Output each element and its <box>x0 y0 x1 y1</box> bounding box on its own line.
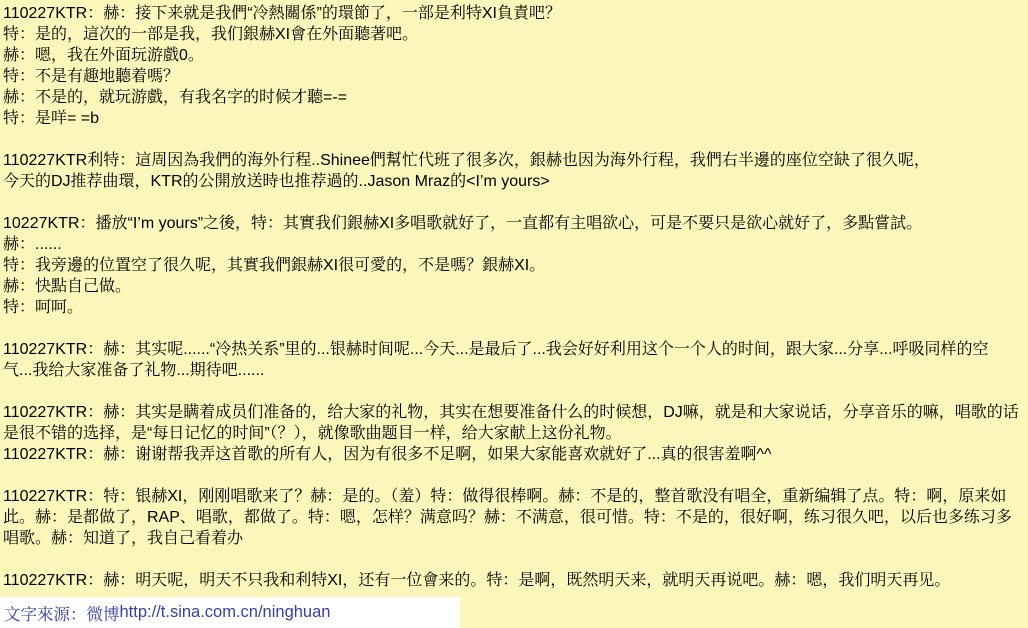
transcript-line: 此。赫：是都做了，RAP、唱歌，都做了。特：嗯，怎样？满意吗？赫：不满意，很可惜… <box>3 507 1027 528</box>
transcript-line: 今天的DJ推荐曲環，KTR的公開放送時也推荐過的..Jason Mraz的<I’… <box>3 171 1027 192</box>
transcript-line: 赫：...... <box>3 234 1027 255</box>
transcript-blank-line <box>3 549 1027 570</box>
transcript-line: 赫：嗯，我在外面玩游戲0。 <box>3 45 1027 66</box>
transcript-line: 110227KTR：赫：明天呢，明天不只我和利特XI，还有一位會来的。特：是啊，… <box>3 570 1027 591</box>
transcript-line: 特：不是有趣地聽着嗎？ <box>3 66 1027 87</box>
transcript-line: 是很不错的选择，是“每日记忆的时间”（？），就像歌曲题目一样，给大家献上这份礼物… <box>3 423 1027 444</box>
transcript-line: 特：我旁邊的位置空了很久呢，其實我們銀赫XI很可愛的，不是嗎？銀赫XI。 <box>3 255 1027 276</box>
transcript-line: 110227KTR：赫：谢谢帮我弄这首歌的所有人，因为有很多不足啊，如果大家能喜… <box>3 444 1027 465</box>
transcript-page: 110227KTR：赫：接下来就是我們“冷熱關係”的環節了，一部是利特XI負責吧… <box>0 0 1028 628</box>
transcript-line: 110227KTR：赫：其实呢......“冷热关系”里的...银赫时间呢...… <box>3 339 1027 360</box>
transcript-blank-line <box>3 381 1027 402</box>
transcript-line: 特：是的，這次的一部是我，我们銀赫XI會在外面聽著吧。 <box>3 24 1027 45</box>
transcript-blank-line <box>3 129 1027 150</box>
transcript-line: 赫：快點自己做。 <box>3 276 1027 297</box>
transcript-line: 110227KTR：赫：其实是瞒着成员们准备的，给大家的礼物，其实在想要准备什么… <box>3 402 1027 423</box>
transcript-line: 110227KTR：特：银赫XI，刚刚唱歌来了？赫：是的。（羞）特：做得很棒啊。… <box>3 486 1027 507</box>
transcript-line: 特：呵呵。 <box>3 297 1027 318</box>
transcript-line: 气...我给大家准备了礼物...期待吧...... <box>3 360 1027 381</box>
source-label: 文字來源：微博 <box>4 601 120 625</box>
transcript-line: 唱歌。赫：知道了，我自己看着办 <box>3 528 1027 549</box>
transcript-line: 10227KTR：播放“I’m yours”之後，特：其實我们銀赫XI多唱歌就好… <box>3 213 1027 234</box>
transcript-line: 110227KTR：赫：接下来就是我們“冷熱關係”的環節了，一部是利特XI負責吧… <box>3 3 1027 24</box>
transcript-line: 特：是咩= =b <box>3 108 1027 129</box>
transcript-line: 110227KTR利特：這周因為我們的海外行程..Shinee們幫忙代班了很多次… <box>3 150 1027 171</box>
source-link[interactable]: http://t.sina.com.cn/ninghuan <box>120 603 331 622</box>
transcript-blank-line <box>3 318 1027 339</box>
transcript-blank-line <box>3 192 1027 213</box>
transcript: 110227KTR：赫：接下来就是我們“冷熱關係”的環節了，一部是利特XI負責吧… <box>3 3 1027 591</box>
transcript-line: 赫：不是的，就玩游戲，有我名字的时候才聽=-= <box>3 87 1027 108</box>
source-bar: 文字來源：微博http://t.sina.com.cn/ninghuan <box>0 597 460 628</box>
transcript-blank-line <box>3 465 1027 486</box>
